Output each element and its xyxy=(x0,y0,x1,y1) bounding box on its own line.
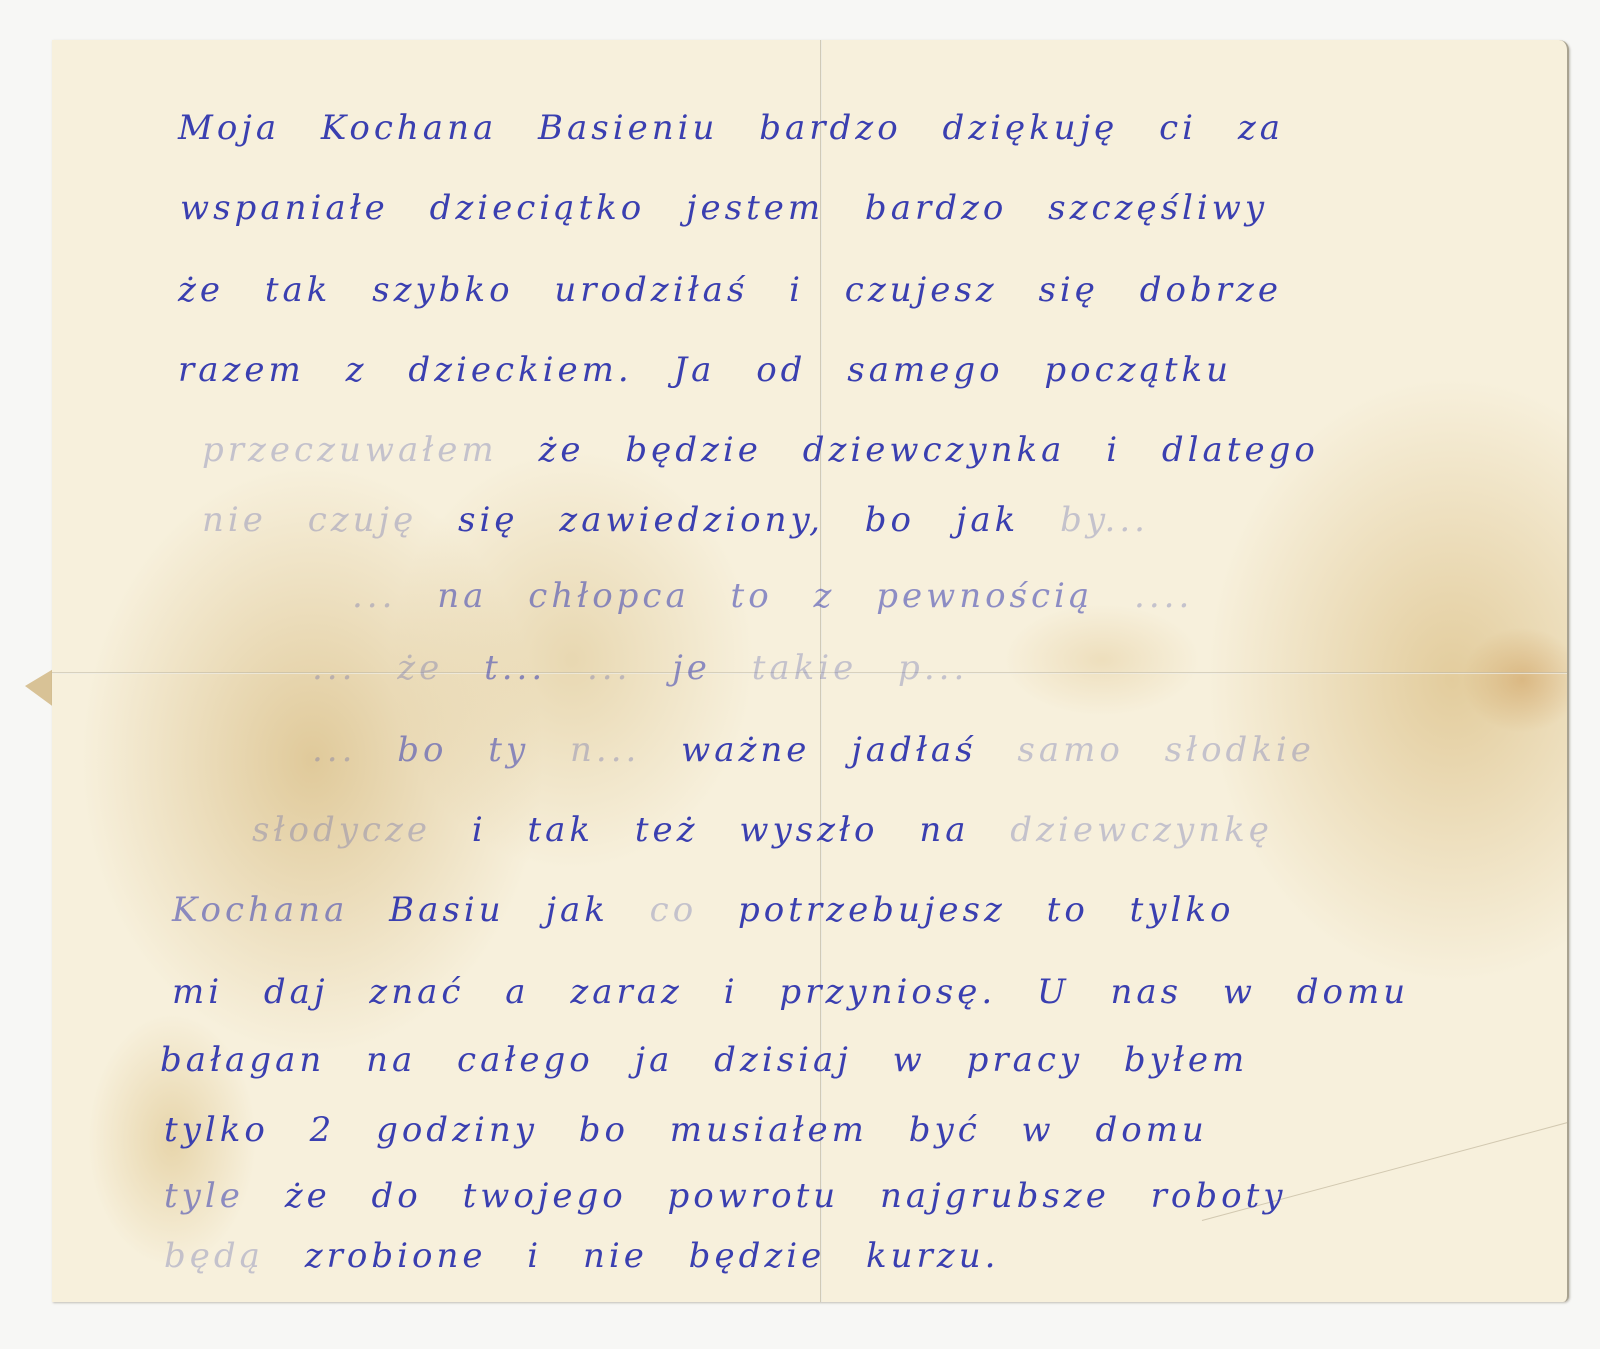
letter-paper: Moja Kochana Basieniu bardzo dziękuję ci… xyxy=(52,40,1569,1302)
letter-line-6: nie czuję się zawiedziony, bo jak by... xyxy=(202,500,1149,540)
letter-line-15: tyle że do twojego powrotu najgrubsze ro… xyxy=(164,1176,1286,1216)
letter-line-10: słodycze i tak też wyszło na dziewczynkę xyxy=(252,810,1273,850)
letter-line-7: ... na chłopca to z pewnością .... xyxy=(352,576,1193,616)
letter-line-11: Kochana Basiu jak co potrzebujesz to tyl… xyxy=(172,890,1234,930)
letter-line-3: że tak szybko urodziłaś i czujesz się do… xyxy=(178,270,1282,310)
letter-line-16: będą zrobione i nie będzie kurzu. xyxy=(164,1236,999,1276)
letter-line-12: mi daj znać a zaraz i przyniosę. U nas w… xyxy=(172,972,1409,1012)
letter-line-2: wspaniałe dzieciątko jestem bardzo szczę… xyxy=(180,188,1268,228)
scanned-letter: Moja Kochana Basieniu bardzo dziękuję ci… xyxy=(0,0,1600,1349)
letter-line-9: ... bo ty n... ważne jadłaś samo słodkie xyxy=(312,730,1315,770)
torn-paper-tab xyxy=(25,668,55,708)
letter-body: Moja Kochana Basieniu bardzo dziękuję ci… xyxy=(52,40,1567,1302)
letter-line-13: bałagan na całego ja dzisiaj w pracy był… xyxy=(160,1040,1248,1080)
letter-line-5: przeczuwałem że będzie dziewczynka i dla… xyxy=(202,430,1319,470)
letter-line-8: ... że t... ... je takie p... xyxy=(312,648,968,688)
letter-line-14: tylko 2 godziny bo musiałem być w domu xyxy=(164,1110,1208,1150)
letter-line-4: razem z dzieckiem. Ja od samego początku xyxy=(178,350,1232,390)
letter-line-1: Moja Kochana Basieniu bardzo dziękuję ci… xyxy=(178,108,1284,148)
